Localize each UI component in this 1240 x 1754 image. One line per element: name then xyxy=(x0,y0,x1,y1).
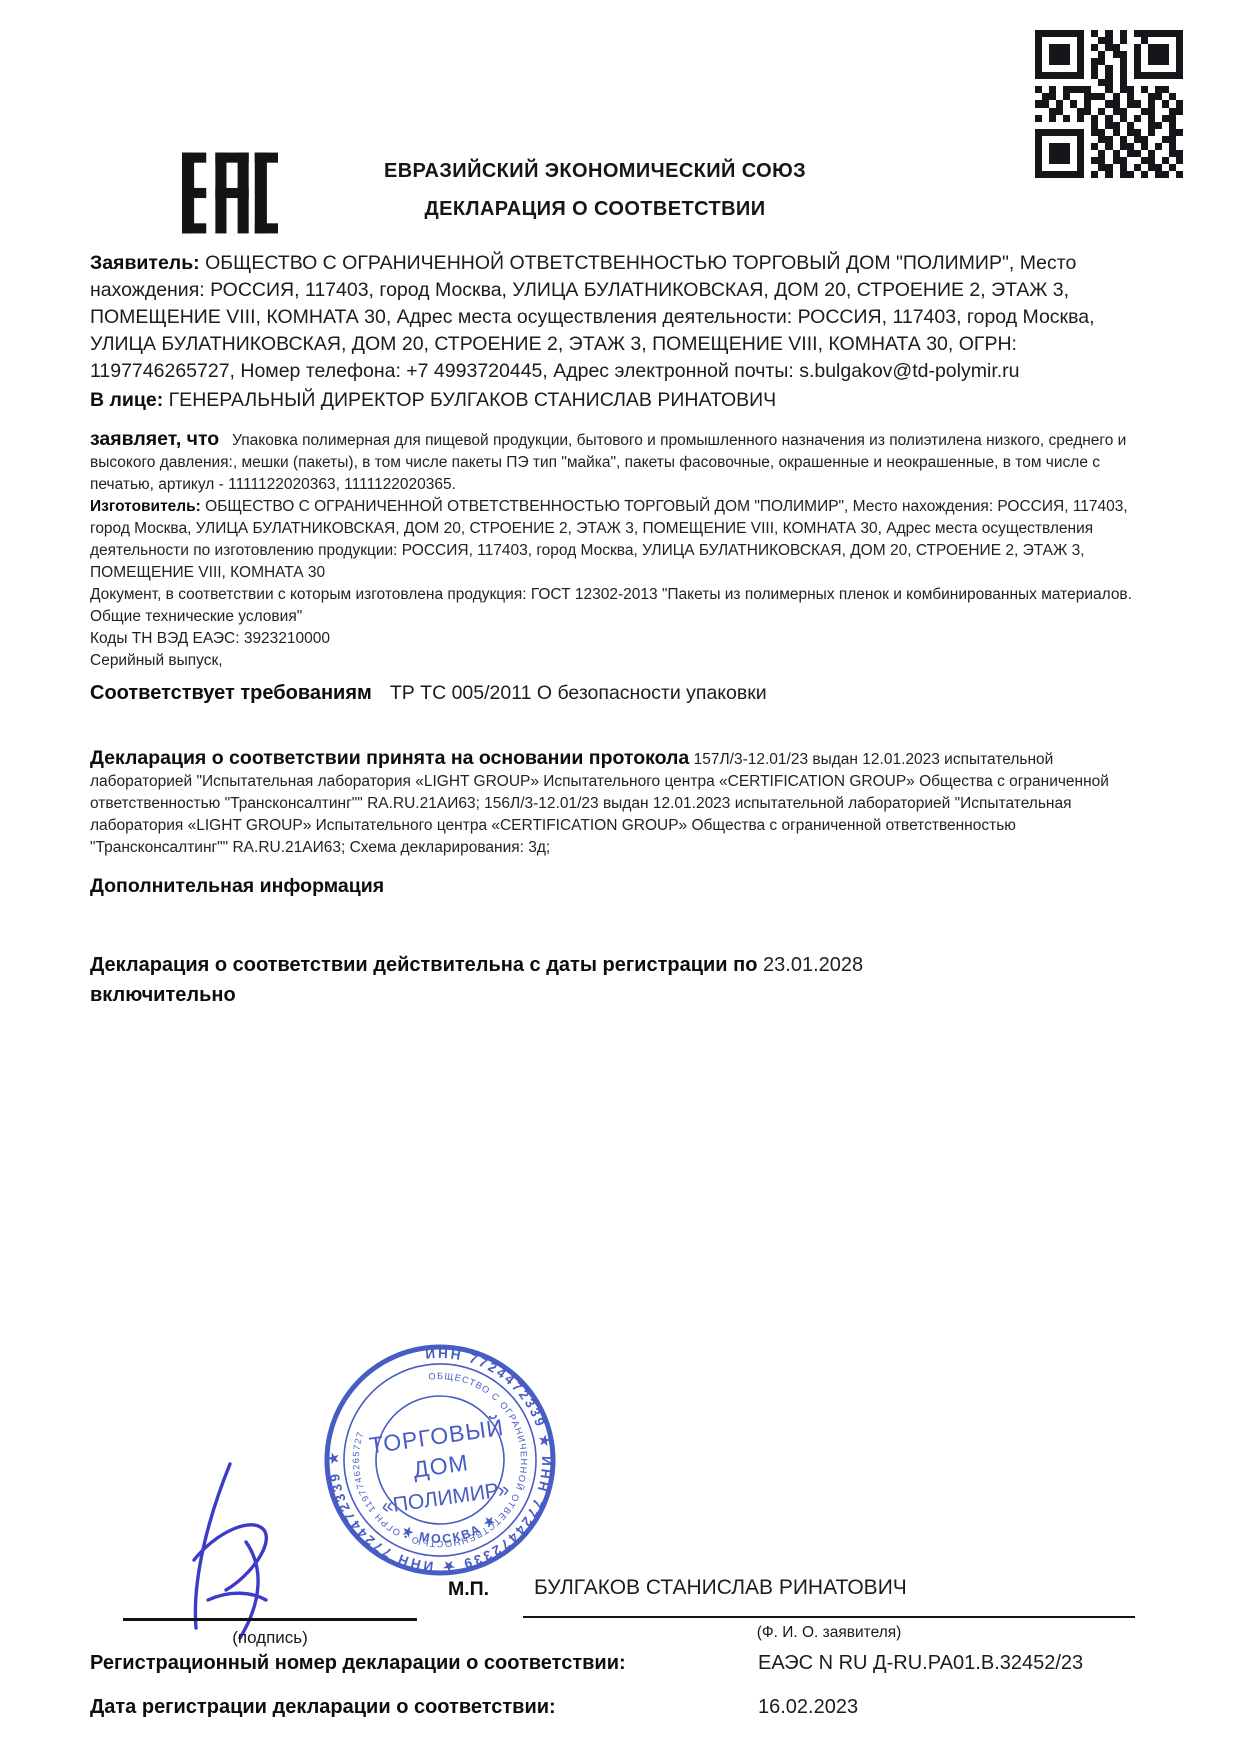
serial-line: Серийный выпуск, xyxy=(90,650,1148,672)
compliance-text: ТР ТС 005/2011 О безопасности упаковки xyxy=(390,682,767,704)
header: ЕВРАЗИЙСКИЙ ЭКОНОМИЧЕСКИЙ СОЮЗ ДЕКЛАРАЦИ… xyxy=(90,160,1100,221)
principal-label: В лице: xyxy=(90,389,163,411)
manufacturer-paragraph: Изготовитель: ОБЩЕСТВО С ОГРАНИЧЕННОЙ ОТ… xyxy=(90,496,1148,584)
principal-text: ГЕНЕРАЛЬНЫЙ ДИРЕКТОР БУЛГАКОВ СТАНИСЛАВ … xyxy=(169,389,777,411)
validity-suffix: включительно xyxy=(90,984,236,1006)
basis-paragraph: Декларация о соответствии принята на осн… xyxy=(90,747,1148,859)
signature-caption: (подпись) xyxy=(123,1628,417,1648)
registration-number-value: ЕАЭС N RU Д-RU.РА01.В.32452/23 xyxy=(758,1652,1083,1675)
compliance-label: Соответствует требованиям xyxy=(90,682,372,704)
applicant-label: Заявитель: xyxy=(90,252,200,274)
manufacturer-text: ОБЩЕСТВО С ОГРАНИЧЕННОЙ ОТВЕТСТВЕННОСТЬЮ… xyxy=(90,498,1128,581)
validity-paragraph: Декларация о соответствии действительна … xyxy=(90,950,1148,1010)
principal-paragraph: В лице: ГЕНЕРАЛЬНЫЙ ДИРЕКТОР БУЛГАКОВ СТ… xyxy=(90,387,1148,414)
applicant-fio: БУЛГАКОВ СТАНИСЛАВ РИНАТОВИЧ xyxy=(534,1576,907,1600)
tnved-line: Коды ТН ВЭД ЕАЭС: 3923210000 xyxy=(90,628,1148,650)
registration-date-label: Дата регистрации декларации о соответств… xyxy=(90,1696,556,1719)
product-document-line: Документ, в соответствии с которым изгот… xyxy=(90,584,1148,628)
fio-caption: (Ф. И. О. заявителя) xyxy=(523,1624,1135,1642)
applicant-paragraph: Заявитель: ОБЩЕСТВО С ОГРАНИЧЕННОЙ ОТВЕТ… xyxy=(90,250,1148,385)
validity-date: 23.01.2028 xyxy=(763,954,863,976)
document-body: Заявитель: ОБЩЕСТВО С ОГРАНИЧЕННОЙ ОТВЕТ… xyxy=(90,250,1148,1010)
stamp-center-line1: ТОРГОВЫЙ xyxy=(368,1413,506,1459)
compliance-line: Соответствует требованиямТР ТС 005/2011 … xyxy=(90,680,1148,707)
declaration-document: ЕВРАЗИЙСКИЙ ЭКОНОМИЧЕСКИЙ СОЮЗ ДЕКЛАРАЦИ… xyxy=(0,0,1240,1754)
basis-label: Декларация о соответствии принята на осн… xyxy=(90,747,689,769)
applicant-text: ОБЩЕСТВО С ОГРАНИЧЕННОЙ ОТВЕТСТВЕННОСТЬЮ… xyxy=(90,252,1095,382)
mp-label: М.П. xyxy=(448,1578,489,1601)
manufacturer-label: Изготовитель: xyxy=(90,498,201,515)
stamp-center-line2: ДОМ xyxy=(411,1449,470,1482)
declares-label: заявляет, что xyxy=(90,428,219,450)
signature-line xyxy=(123,1618,417,1621)
registration-number-label: Регистрационный номер декларации о соотв… xyxy=(90,1652,626,1675)
validity-label: Декларация о соответствии действительна … xyxy=(90,954,757,976)
registration-date-value: 16.02.2023 xyxy=(758,1696,858,1719)
document-title: ДЕКЛАРАЦИЯ О СООТВЕТСТВИИ xyxy=(90,198,1100,221)
qr-code xyxy=(1035,30,1183,178)
fio-line xyxy=(523,1616,1135,1618)
product-description: Упаковка полимерная для пищевой продукци… xyxy=(90,432,1126,493)
union-title: ЕВРАЗИЙСКИЙ ЭКОНОМИЧЕСКИЙ СОЮЗ xyxy=(90,160,1100,183)
declares-paragraph: заявляет, что Упаковка полимерная для пи… xyxy=(90,428,1148,496)
additional-info-heading: Дополнительная информация xyxy=(90,875,1148,898)
